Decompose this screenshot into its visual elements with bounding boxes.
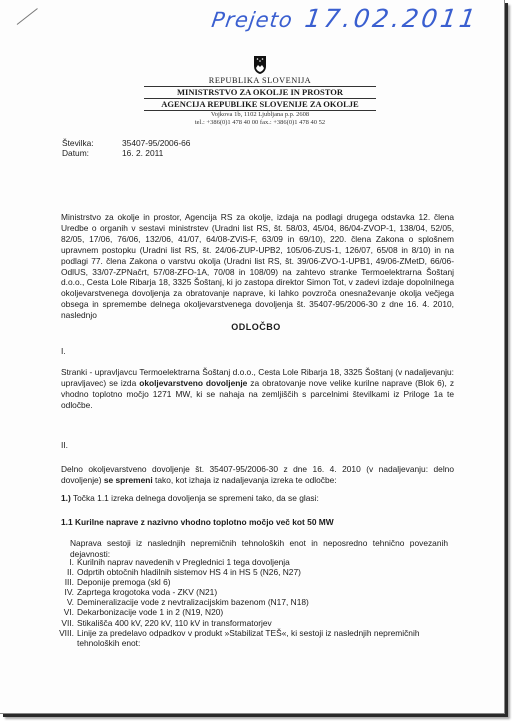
section-2-number: II. — [61, 440, 68, 450]
list-item: II.Odprtih obtočnih hladilnih sistemov H… — [22, 567, 453, 577]
list-item-text: Kurilnih naprav navedenih v Preglednici … — [77, 557, 453, 567]
list-item: V.Demineralizacije vode z nevtralizacijs… — [22, 597, 453, 607]
text: Točka 1.1 izreka delnega dovoljenja se s… — [71, 493, 319, 503]
section-1-paragraph: Stranki - upravljavcu Termoelektrarna Šo… — [61, 367, 454, 411]
agency-name: AGENCIJA REPUBLIKE SLOVENIJE ZA OKOLJE — [140, 99, 380, 110]
point-label: 1.) — [61, 493, 71, 503]
text: tako, kot izhaja iz nadaljevanja izreka … — [153, 475, 337, 485]
country-name: REPUBLIKA SLOVENIJA — [140, 76, 380, 86]
list-item: IV.Zaprtega krogotoka voda - ZKV (N21) — [22, 587, 453, 597]
date-value: 16. 2. 2011 — [122, 149, 163, 159]
list-item-text: Linije za predelavo odpadkov v produkt »… — [77, 628, 453, 648]
document-page: Prejeto17.02.2011 REPUBLIKA SLOVENIJA MI… — [0, 0, 505, 714]
list-item: VI.Dekarbonizacije vode 1 in 2 (N19, N20… — [22, 607, 453, 617]
list-item-number: III. — [22, 577, 77, 587]
list-item-text: Stikališča 400 kV, 220 kV, 110 kV in tra… — [77, 618, 453, 628]
section-2-paragraph: Delno okoljevarstveno dovoljenje št. 354… — [61, 464, 454, 486]
units-list: I.Kurilnih naprav navedenih v Preglednic… — [22, 557, 453, 648]
list-item-number: VI. — [22, 607, 77, 617]
list-item: III.Deponije premoga (skl 6) — [22, 577, 453, 587]
date-label: Datum: — [62, 149, 122, 159]
pen-mark — [17, 8, 38, 25]
bold-text: se spremeni — [104, 475, 153, 485]
list-item-number: II. — [22, 567, 77, 577]
handwritten-received-stamp: Prejeto17.02.2011 — [210, 4, 480, 33]
document-meta: Številka: 35407-95/2006-66 Datum: 16. 2.… — [62, 139, 190, 158]
ministry-name: MINISTRSTVO ZA OKOLJE IN PROSTOR — [140, 87, 380, 98]
subheading: 1.1 Kurilne naprave z nazivno vhodno top… — [61, 517, 334, 527]
list-item-text: Odprtih obtočnih hladilnih sistemov HS 4… — [77, 567, 453, 577]
list-item: I.Kurilnih naprav navedenih v Preglednic… — [22, 557, 453, 567]
intro-paragraph: Ministrstvo za okolje in prostor, Agenci… — [61, 212, 454, 321]
list-item: VII.Stikališča 400 kV, 220 kV, 110 kV in… — [22, 618, 453, 628]
point-1-paragraph: 1.) Točka 1.1 izreka delnega dovoljenja … — [61, 493, 454, 504]
slovenia-coat-of-arms-icon — [253, 55, 267, 75]
decision-heading: ODLOČBO — [0, 322, 512, 332]
list-item-text: Zaprtega krogotoka voda - ZKV (N21) — [77, 587, 453, 597]
list-item: VIII.Linije za predelavo odpadkov v prod… — [22, 628, 453, 648]
list-item-number: I. — [22, 557, 77, 567]
list-item-number: V. — [22, 597, 77, 607]
list-item-text: Dekarbonizacije vode 1 in 2 (N19, N20) — [77, 607, 453, 617]
bold-text: okoljevarstveno dovoljenje — [139, 378, 247, 388]
letterhead: REPUBLIKA SLOVENIJA MINISTRSTVO ZA OKOLJ… — [140, 55, 380, 127]
list-item-text: Deponije premoga (skl 6) — [77, 577, 453, 587]
list-item-number: VII. — [22, 618, 77, 628]
contacts: tel.: +386(0)1 478 40 00 fax.: +386(0)1 … — [140, 119, 380, 127]
list-item-number: IV. — [22, 587, 77, 597]
section-1-number: I. — [61, 346, 66, 356]
handwritten-label: Prejeto — [210, 8, 294, 32]
address: Vojkova 1b, 1102 Ljubljana p.p. 2608 — [140, 111, 380, 119]
list-item-number: VIII. — [22, 628, 77, 648]
handwritten-date: 17.02.2011 — [303, 4, 480, 33]
list-item-text: Demineralizacije vode z nevtralizacijski… — [77, 597, 453, 607]
